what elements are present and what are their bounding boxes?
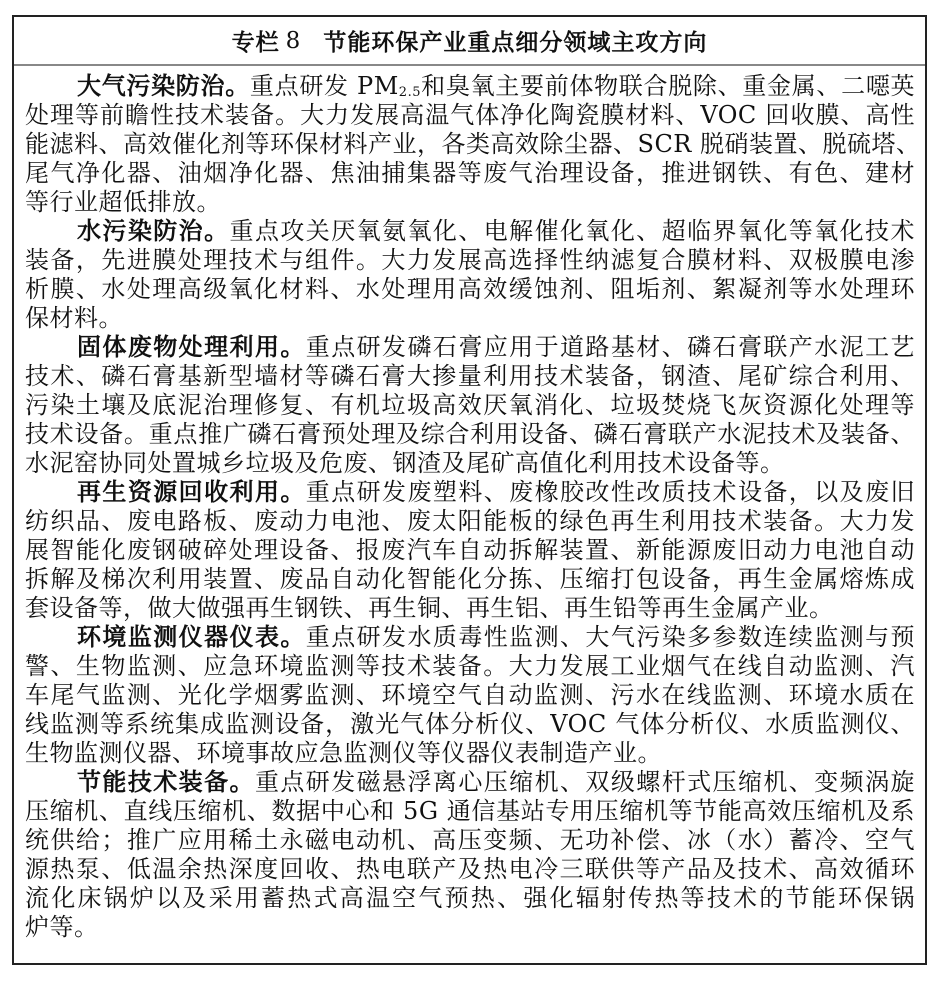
text-line: 大气污染防治。重点研发 PM2.5和臭氧主要前体物联合脱除、重金属、二噁英	[25, 72, 915, 101]
text-line: 等行业超低排放。	[25, 188, 915, 217]
text-line: 环境监测仪器仪表。重点研发水质毒性监测、大气污染多参数连续监测与预	[25, 623, 915, 652]
title-number: 8	[286, 28, 302, 54]
box-body: 大气污染防治。重点研发 PM2.5和臭氧主要前体物联合脱除、重金属、二噁英处理等…	[14, 66, 925, 942]
text-line: 压缩机、直线压缩机、数据中心和 5G 通信基站专用压缩机等节能高效压缩机及系	[25, 797, 915, 826]
text-line: 套设备等，做大做强再生钢铁、再生铜、再生铝、再生铅等再生金属产业。	[25, 594, 915, 623]
text-line: 源热泵、低温余热深度回收、热电联产及热电冷三联供等产品及技术、高效循环	[25, 855, 915, 884]
column-box: 专栏 8 节能环保产业重点细分领域主攻方向 大气污染防治。重点研发 PM2.5和…	[12, 15, 927, 965]
text-line: 水泥窑协同处置城乡垃圾及危废、钢渣及尾矿高值化利用技术设备等。	[25, 449, 915, 478]
text-line: 技术设备。重点推广磷石膏预处理及综合利用设备、磷石膏联产水泥技术及装备、	[25, 420, 915, 449]
title-text: 节能环保产业重点细分领域主攻方向	[323, 24, 707, 57]
text-line: 纺织品、废电路板、废动力电池、废太阳能板的绿色再生利用技术装备。大力发	[25, 507, 915, 536]
text-line: 展智能化废钢破碎处理设备、报废汽车自动拆解装置、新能源废旧动力电池自动	[25, 536, 915, 565]
section-paragraph: 水污染防治。重点攻关厌氧氨氧化、电解催化氧化、超临界氧化等氧化技术装备，先进膜处…	[25, 217, 915, 333]
box-title: 专栏 8 节能环保产业重点细分领域主攻方向	[14, 17, 925, 66]
section-heading: 再生资源回收利用。	[77, 478, 306, 506]
section-heading: 大气污染防治。	[77, 72, 250, 100]
text-line: 尾气净化器、油烟净化器、焦油捕集器等废气治理设备，推进钢铁、有色、建材	[25, 159, 915, 188]
section-paragraph: 环境监测仪器仪表。重点研发水质毒性监测、大气污染多参数连续监测与预警、生物监测、…	[25, 623, 915, 768]
title-label: 专栏	[232, 24, 280, 57]
text-line: 生物监测仪器、环境事故应急监测仪等仪器仪表制造产业。	[25, 739, 915, 768]
text-line: 节能技术装备。重点研发磁悬浮离心压缩机、双级螺杆式压缩机、变频涡旋	[25, 768, 915, 797]
text-line: 警、生物监测、应急环境监测等技术装备。大力发展工业烟气在线自动监测、汽	[25, 652, 915, 681]
section-heading: 固体废物处理利用。	[77, 333, 306, 361]
subscript: 2.5	[399, 85, 421, 100]
text-line: 技术、磷石膏基新型墙材等磷石膏大掺量利用技术装备，钢渣、尾矿综合利用、	[25, 362, 915, 391]
section-paragraph: 固体废物处理利用。重点研发磷石膏应用于道路基材、磷石膏联产水泥工艺技术、磷石膏基…	[25, 333, 915, 478]
text-line: 流化床锅炉以及采用蓄热式高温空气预热、强化辐射传热等技术的节能环保锅	[25, 884, 915, 913]
text-line: 装备，先进膜处理技术与组件。大力发展高选择性纳滤复合膜材料、双极膜电渗	[25, 246, 915, 275]
text-line: 析膜、水处理高级氧化材料、水处理用高效缓蚀剂、阻垢剂、絮凝剂等水处理环	[25, 275, 915, 304]
text-line: 水污染防治。重点攻关厌氧氨氧化、电解催化氧化、超临界氧化等氧化技术	[25, 217, 915, 246]
section-paragraph: 再生资源回收利用。重点研发废塑料、废橡胶改性改质技术设备，以及废旧纺织品、废电路…	[25, 478, 915, 623]
text-line: 统供给；推广应用稀土永磁电动机、高压变频、无功补偿、冰（水）蓄冷、空气	[25, 826, 915, 855]
text-line: 炉等。	[25, 913, 915, 942]
text-line: 车尾气监测、光化学烟雾监测、环境空气自动监测、污水在线监测、环境水质在	[25, 681, 915, 710]
section-heading: 节能技术装备。	[77, 768, 255, 796]
text-line: 保材料。	[25, 304, 915, 333]
text-line: 固体废物处理利用。重点研发磷石膏应用于道路基材、磷石膏联产水泥工艺	[25, 333, 915, 362]
section-paragraph: 大气污染防治。重点研发 PM2.5和臭氧主要前体物联合脱除、重金属、二噁英处理等…	[25, 72, 915, 217]
text-line: 拆解及梯次利用装置、废品自动化智能化分拣、压缩打包设备，再生金属熔炼成	[25, 565, 915, 594]
text-line: 能滤料、高效催化剂等环保材料产业，各类高效除尘器、SCR 脱硝装置、脱硫塔、	[25, 130, 915, 159]
section-heading: 环境监测仪器仪表。	[77, 623, 306, 651]
text-line: 处理等前瞻性技术装备。大力发展高温气体净化陶瓷膜材料、VOC 回收膜、高性	[25, 101, 915, 130]
section-heading: 水污染防治。	[77, 217, 230, 245]
text-line: 污染土壤及底泥治理修复、有机垃圾高效厌氧消化、垃圾焚烧飞灰资源化处理等	[25, 391, 915, 420]
text-line: 线监测等系统集成监测设备，激光气体分析仪、VOC 气体分析仪、水质监测仪、	[25, 710, 915, 739]
text-line: 再生资源回收利用。重点研发废塑料、废橡胶改性改质技术设备，以及废旧	[25, 478, 915, 507]
section-paragraph: 节能技术装备。重点研发磁悬浮离心压缩机、双级螺杆式压缩机、变频涡旋压缩机、直线压…	[25, 768, 915, 942]
